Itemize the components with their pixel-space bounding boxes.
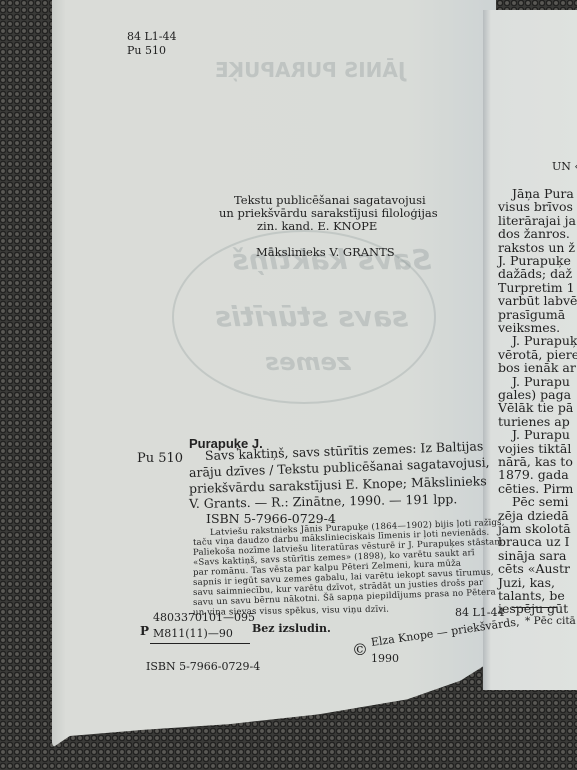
pub-prefix: P [140,624,149,638]
isbn-bottom: ISBN 5-7966-0729-4 [146,660,260,673]
credit-line-3: zin. kand. E. KNOPE [257,219,377,233]
shelf-code: Pu 510 [127,44,166,57]
catalog-code: 84 L1-44 [127,30,177,43]
right-heading: UN « [552,160,577,173]
pub-note: Bez izsludin. [252,622,331,635]
ghost-title-3: zemes [265,348,351,376]
pub-numerator: 4803370101—095 [153,611,255,624]
ghost-author-text: JĀNIS PURAPUĶE [215,58,405,82]
entry-shelf: Pu 510 [137,451,183,466]
footnote: * Pēc citā [525,615,576,627]
credit-line-2: un priekšvārdu sarakstījusi filoloģijas [219,206,438,220]
copyright-symbol: © [352,640,368,659]
pub-denominator: M811(11)—90 [153,627,233,640]
copyright-line-2: 1990 [371,652,399,665]
fraction-line [150,643,250,644]
artist-credit: Mākslinieks V. GRANTS [256,245,395,259]
credit-line-1: Tekstu publicēšanai sagatavojusi [234,193,426,207]
ghost-title-2: savs stūrītis [215,300,408,333]
footnote-rule [512,607,557,608]
